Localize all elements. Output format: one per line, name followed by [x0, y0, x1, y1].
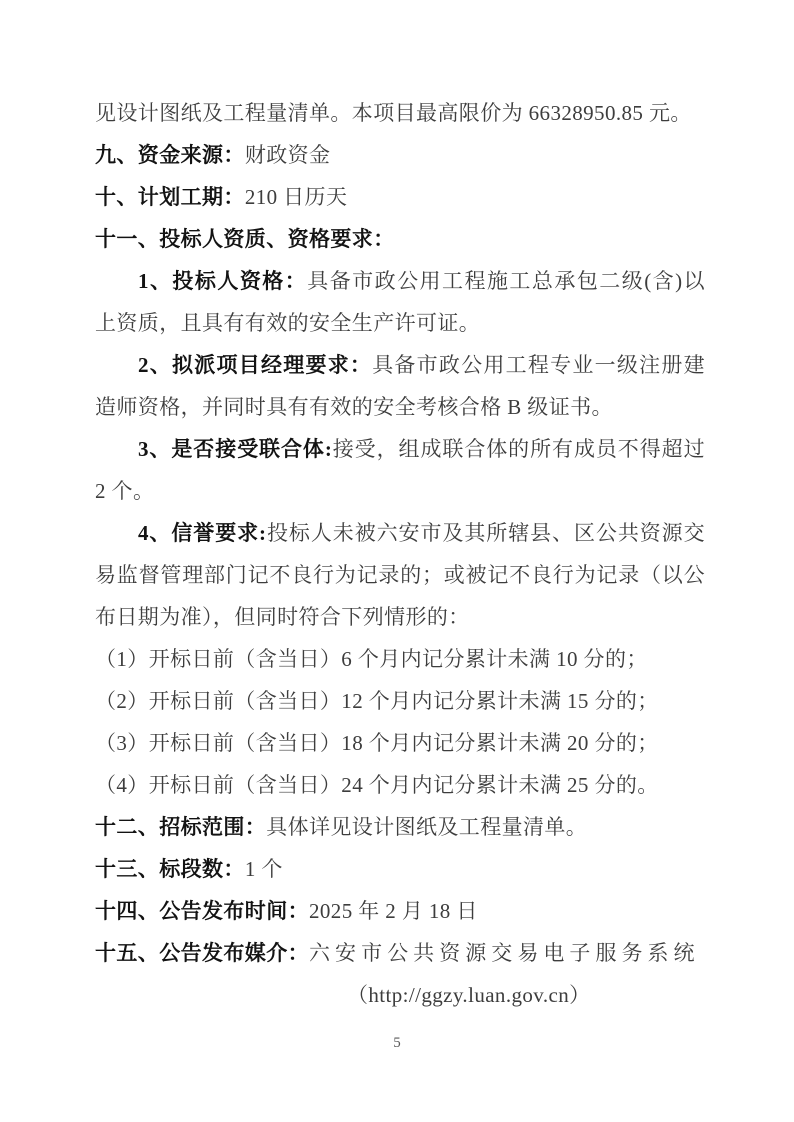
- section-label: 十、计划工期：: [95, 185, 245, 209]
- section-label: 1、投标人资格：: [138, 269, 307, 293]
- page-number: 5: [393, 1035, 401, 1051]
- text-line: （2）开标日前（含当日）12 个月内记分累计未满 15 分的；: [95, 680, 705, 722]
- body-text: 布日期为准），但同时符合下列情形的：: [95, 605, 470, 629]
- body-text: 六安市公共资源交易电子服务系统: [309, 941, 700, 965]
- text-line: 十二、招标范围：具体详见设计图纸及工程量清单。: [95, 806, 705, 848]
- section-label: 十二、招标范围：: [95, 815, 266, 839]
- text-line: （4）开标日前（含当日）24 个月内记分累计未满 25 分的。: [95, 764, 705, 806]
- body-text: 2 个。: [95, 479, 154, 503]
- body-text: 2025 年 2 月 18 日: [309, 899, 478, 923]
- page-footer: 5: [0, 1034, 794, 1052]
- body-text: 接受，组成联合体的所有成员不得超过: [332, 437, 705, 461]
- text-line: （http://ggzy.luan.gov.cn）: [95, 974, 705, 1016]
- body-text: 具备市政公用工程专业一级注册建: [372, 353, 705, 377]
- body-text: 财政资金: [245, 143, 331, 167]
- document-body: 见设计图纸及工程量清单。本项目最高限价为 66328950.85 元。九、资金来…: [95, 92, 705, 1016]
- text-line: 十三、标段数：1 个: [95, 848, 705, 890]
- body-text: 投标人未被六安市及其所辖县、区公共资源交: [266, 521, 705, 545]
- text-line: 布日期为准），但同时符合下列情形的：: [95, 596, 705, 638]
- text-line: 造师资格，并同时具有有效的安全考核合格 B 级证书。: [95, 386, 705, 428]
- section-label: 十一、投标人资质、资格要求：: [95, 227, 395, 251]
- body-text: （1）开标日前（含当日）6 个月内记分累计未满 10 分的；: [95, 647, 648, 671]
- body-text: （4）开标日前（含当日）24 个月内记分累计未满 25 分的。: [95, 773, 659, 797]
- section-label: 十四、公告发布时间：: [95, 899, 309, 923]
- section-label: 3、是否接受联合体:: [138, 437, 332, 461]
- text-line: 十五、公告发布媒介：六安市公共资源交易电子服务系统: [95, 932, 705, 974]
- text-line: 上资质，且具有有效的安全生产许可证。: [95, 302, 705, 344]
- text-line: 十一、投标人资质、资格要求：: [95, 218, 705, 260]
- text-line: 4、信誉要求:投标人未被六安市及其所辖县、区公共资源交: [95, 512, 705, 554]
- body-text: 易监督管理部门记不良行为记录的；或被记不良行为记录（以公: [95, 563, 705, 587]
- body-text: 上资质，且具有有效的安全生产许可证。: [95, 311, 480, 335]
- section-label: 十三、标段数：: [95, 857, 245, 881]
- text-line: 见设计图纸及工程量清单。本项目最高限价为 66328950.85 元。: [95, 92, 705, 134]
- text-line: 2、拟派项目经理要求：具备市政公用工程专业一级注册建: [95, 344, 705, 386]
- section-label: 十五、公告发布媒介：: [95, 941, 309, 965]
- text-line: （1）开标日前（含当日）6 个月内记分累计未满 10 分的；: [95, 638, 705, 680]
- body-text: 具备市政公用工程施工总承包二级(含)以: [307, 269, 705, 293]
- section-label: 4、信誉要求:: [138, 521, 266, 545]
- body-text: 1 个: [245, 857, 283, 881]
- text-line: （3）开标日前（含当日）18 个月内记分累计未满 20 分的；: [95, 722, 705, 764]
- body-text: （http://ggzy.luan.gov.cn）: [347, 983, 591, 1007]
- body-text: （3）开标日前（含当日）18 个月内记分累计未满 20 分的；: [95, 731, 659, 755]
- text-line: 3、是否接受联合体:接受，组成联合体的所有成员不得超过: [95, 428, 705, 470]
- body-text: 具体详见设计图纸及工程量清单。: [266, 815, 587, 839]
- text-line: 九、资金来源：财政资金: [95, 134, 705, 176]
- body-text: 造师资格，并同时具有有效的安全考核合格 B 级证书。: [95, 395, 613, 419]
- section-label: 2、拟派项目经理要求：: [138, 353, 372, 377]
- text-line: 2 个。: [95, 470, 705, 512]
- text-line: 十四、公告发布时间：2025 年 2 月 18 日: [95, 890, 705, 932]
- body-text: 见设计图纸及工程量清单。本项目最高限价为 66328950.85 元。: [95, 101, 692, 125]
- text-line: 易监督管理部门记不良行为记录的；或被记不良行为记录（以公: [95, 554, 705, 596]
- document-page: 见设计图纸及工程量清单。本项目最高限价为 66328950.85 元。九、资金来…: [0, 0, 794, 1122]
- text-line: 1、投标人资格：具备市政公用工程施工总承包二级(含)以: [95, 260, 705, 302]
- text-line: 十、计划工期：210 日历天: [95, 176, 705, 218]
- body-text: 210 日历天: [245, 185, 348, 209]
- section-label: 九、资金来源：: [95, 143, 245, 167]
- body-text: （2）开标日前（含当日）12 个月内记分累计未满 15 分的；: [95, 689, 659, 713]
